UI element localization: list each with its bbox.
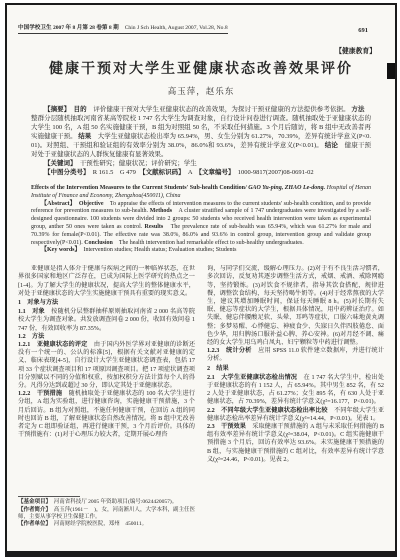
abstract-objective-text: 评价健康干预对大学生亚健康状态的改善效果，为探讨干预亚健康的方法提供参考依据。 — [87, 106, 350, 113]
article-id-value: 1000-9817(2007)08-0691-02 — [231, 169, 313, 176]
english-title: Effects of the Intervention Measures to … — [31, 185, 245, 191]
footnote-fund-text: 河南省科技厅 2005 年资助项目(编号:0624420057)。 — [48, 499, 177, 505]
footnote-fund-label: 【基金项目】 — [18, 499, 48, 505]
abstract-cn: 【摘要】 目的 评价健康干预对大学生亚健康状态的改善效果，为探讨干预亚健康的方法… — [31, 105, 371, 177]
page-content: 中国学校卫生 2007 年 8 月第 28 卷第 8 期 Chin J Sch … — [7, 5, 395, 551]
paragraph-assessment-text: 由于国内外医学界对亚健康的诊断还没有一个统一的、公认的标准[5]，根据有关文献对… — [18, 341, 195, 389]
paragraph-subjects: 1.1 对象 按随机分层整群抽样原则抽取河南省 2 000 名高等院校大学生为调… — [18, 308, 195, 333]
paragraph-subjects-text: 按随机分层整群抽样原则抽取河南省 2 000 名高等院校大学生为调查对象。共发放… — [18, 308, 195, 331]
journal-name-en: Chin J Sch Health, August 2007, Vol.28, … — [125, 25, 228, 32]
abstract-en: Effects of the Intervention Measures to … — [31, 185, 371, 255]
paragraph-effect-lead: 2.3 干预效果 — [207, 423, 246, 430]
abstract-results-label: 结果 — [78, 133, 91, 140]
right-column: 询，与同学们交流，缓解心理压力。(2)对于有不良生活习惯者，多次回访，反复劝其逐… — [207, 265, 384, 531]
english-authors: GAO Yu-ping, ZHAO Le-dong. — [248, 185, 325, 191]
footnote-rule — [18, 496, 80, 497]
paragraph-effect: 2.3 干预效果 采取健康干预措施的 A 组与未采取任何措施的 B 组有效率差异… — [207, 423, 384, 464]
keywords-en-line: 【Key words】 Intervention studies; Health… — [31, 247, 371, 255]
abstract-en-conclusion-text: The health intervention had remarkable e… — [113, 240, 304, 246]
keywords-en-label: 【Key words】 — [41, 247, 78, 253]
paragraph-statistics: 1.2.3 统计分析 应用 SPSS 11.0 软件建立数据库，并进行统计分析。 — [207, 347, 384, 363]
paragraph-detection-lead: 2.1 大学生亚健康状态检出情况 — [207, 374, 297, 381]
english-title-line: Effects of the Intervention Measures to … — [31, 185, 371, 201]
doc-code-value: A — [181, 169, 198, 176]
abstract-en-results-label: Results — [145, 224, 164, 230]
footnote-unit: 【作者单位】 河南财经学院校医院，郑州 450011。 — [18, 521, 195, 528]
category-tag-row: 【健康教育】 — [18, 40, 384, 49]
clc-value: R 161.5 G 479 — [86, 169, 142, 176]
paragraph-grade-comparison: 2.2 不同年级大学生亚健康状态检出率比较 不同年级大学生亚健康状态检出率差异有… — [207, 407, 384, 423]
intro-paragraph: 亚健康是指人体介于健康与疾病之间的一种临界状态，在世界很多国家和地区广泛存在，已… — [18, 265, 195, 298]
article-title: 健康干预对大学生亚健康状态改善效果评价 — [18, 58, 384, 78]
paragraph-intervention-text: 随机抽取处于亚健康状态的 100 名大学生进行分组，A 组为实验组，进行健康咨询… — [18, 390, 195, 438]
keywords-cn-text: 干预性研究；健康状况；评价研究；学生 — [73, 160, 197, 167]
journal-header-rule: 中国学校卫生 2007 年 8 月第 28 卷第 8 期 Chin J Sch … — [18, 25, 228, 34]
classification-line: 【中图分类号】 R 161.5 G 479 【文献标识码】 A 【文章编号】 1… — [31, 168, 371, 177]
paragraph-intervention: 1.2.2 干预措施 随机抽取处于亚健康状态的 100 名大学生进行分组，A 组… — [18, 390, 195, 439]
journal-name-cn: 中国学校卫生 2007 年 8 月第 28 卷第 8 期 — [18, 25, 119, 32]
abstract-en-objective-label: 【Abstract】 Objective — [41, 201, 104, 207]
paragraph-assessment: 1.2.1 亚健康状态的评定 由于国内外医学界对亚健康的诊断还没有一个统一的、公… — [18, 341, 195, 390]
footnote-unit-text: 河南财经学院校医院，郑州 450011。 — [48, 521, 147, 527]
section-heading-results: 2 结果 — [207, 365, 384, 373]
paragraph-method: 1.2 方法 — [18, 333, 195, 341]
keywords-cn-label: 【关键词】 — [44, 160, 73, 167]
abstract-en-methods-label: Methods — [150, 208, 172, 214]
section-heading-methods: 1 对象与方法 — [18, 299, 195, 307]
paragraph-subjects-lead: 1.1 对象 — [18, 308, 45, 315]
keywords-en-text: Intervention studies; Health status; Eva… — [78, 247, 237, 253]
edge-tab-marker — [387, 63, 395, 79]
paragraph-intervention-lead: 1.2.2 干预措施 — [18, 390, 62, 397]
keywords-cn-line: 【关键词】 干预性研究；健康状况；评价研究；学生 — [31, 159, 371, 168]
paragraph-method-lead: 1.2 方法 — [18, 333, 44, 340]
abstract-objective-label: 【摘要】 目的 — [44, 106, 87, 113]
article-id-label: 【文章编号】 — [199, 169, 232, 176]
scanned-paper-page: 中国学校卫生 2007 年 8 月第 28 卷第 8 期 Chin J Sch … — [0, 0, 400, 560]
continuation-paragraph: 询，与同学们交流，缓解心理压力。(2)对于有不良生活习惯者，多次回访，反复劝其逐… — [207, 265, 384, 347]
left-column: 亚健康是指人体介于健康与疾病之间的一种临界状态，在世界很多国家和地区广泛存在，已… — [18, 265, 195, 531]
page-frame: 中国学校卫生 2007 年 8 月第 28 卷第 8 期 Chin J Sch … — [5, 3, 397, 557]
paragraph-assessment-lead: 1.2.1 亚健康状态的评定 — [18, 341, 88, 348]
doc-code-label: 【文献标识码】 — [142, 169, 181, 176]
article-authors: 高玉萍，赵乐东 — [18, 85, 384, 97]
body-columns: 亚健康是指人体介于健康与疾病之间的一种临界状态，在世界很多国家和地区广泛存在，已… — [18, 265, 384, 531]
category-tag: 【健康教育】 — [335, 48, 376, 55]
paragraph-grade-comparison-lead: 2.2 不同年级大学生亚健康状态检出率比较 — [207, 407, 328, 414]
paragraph-statistics-lead: 1.2.3 统计分析 — [207, 347, 252, 354]
footnote-bio: 【作者简介】 高玉萍(1961－ )，女，河南淅川人，大学本科，副主任医师，主要… — [18, 507, 195, 521]
footnote-block: 【基金项目】 河南省科技厅 2005 年资助项目(编号:0624420057)。… — [18, 496, 195, 531]
paragraph-detection: 2.1 大学生亚健康状态检出情况 在 1 747 名大学生中，检出处于亚健康状态… — [207, 374, 384, 407]
abstract-en-conclusion-label: Conclusion — [84, 240, 113, 246]
journal-header: 中国学校卫生 2007 年 8 月第 28 卷第 8 期 Chin J Sch … — [18, 25, 384, 34]
abstract-methods-label: 方法 — [351, 106, 364, 113]
footnote-fund: 【基金项目】 河南省科技厅 2005 年资助项目(编号:0624420057)。 — [18, 499, 195, 506]
footnote-bio-label: 【作者简介】 — [18, 507, 48, 513]
footnote-unit-label: 【作者单位】 — [18, 521, 48, 527]
abstract-en-text: 【Abstract】 Objective To appraise the eff… — [31, 201, 371, 248]
abstract-conclusion-label: 结论 — [325, 142, 338, 149]
abstract-cn-text: 【摘要】 目的 评价健康干预对大学生亚健康状态的改善效果，为探讨干预亚健康的方法… — [31, 105, 371, 159]
page-number: 691 — [358, 27, 384, 34]
clc-label: 【中图分类号】 — [44, 169, 86, 176]
